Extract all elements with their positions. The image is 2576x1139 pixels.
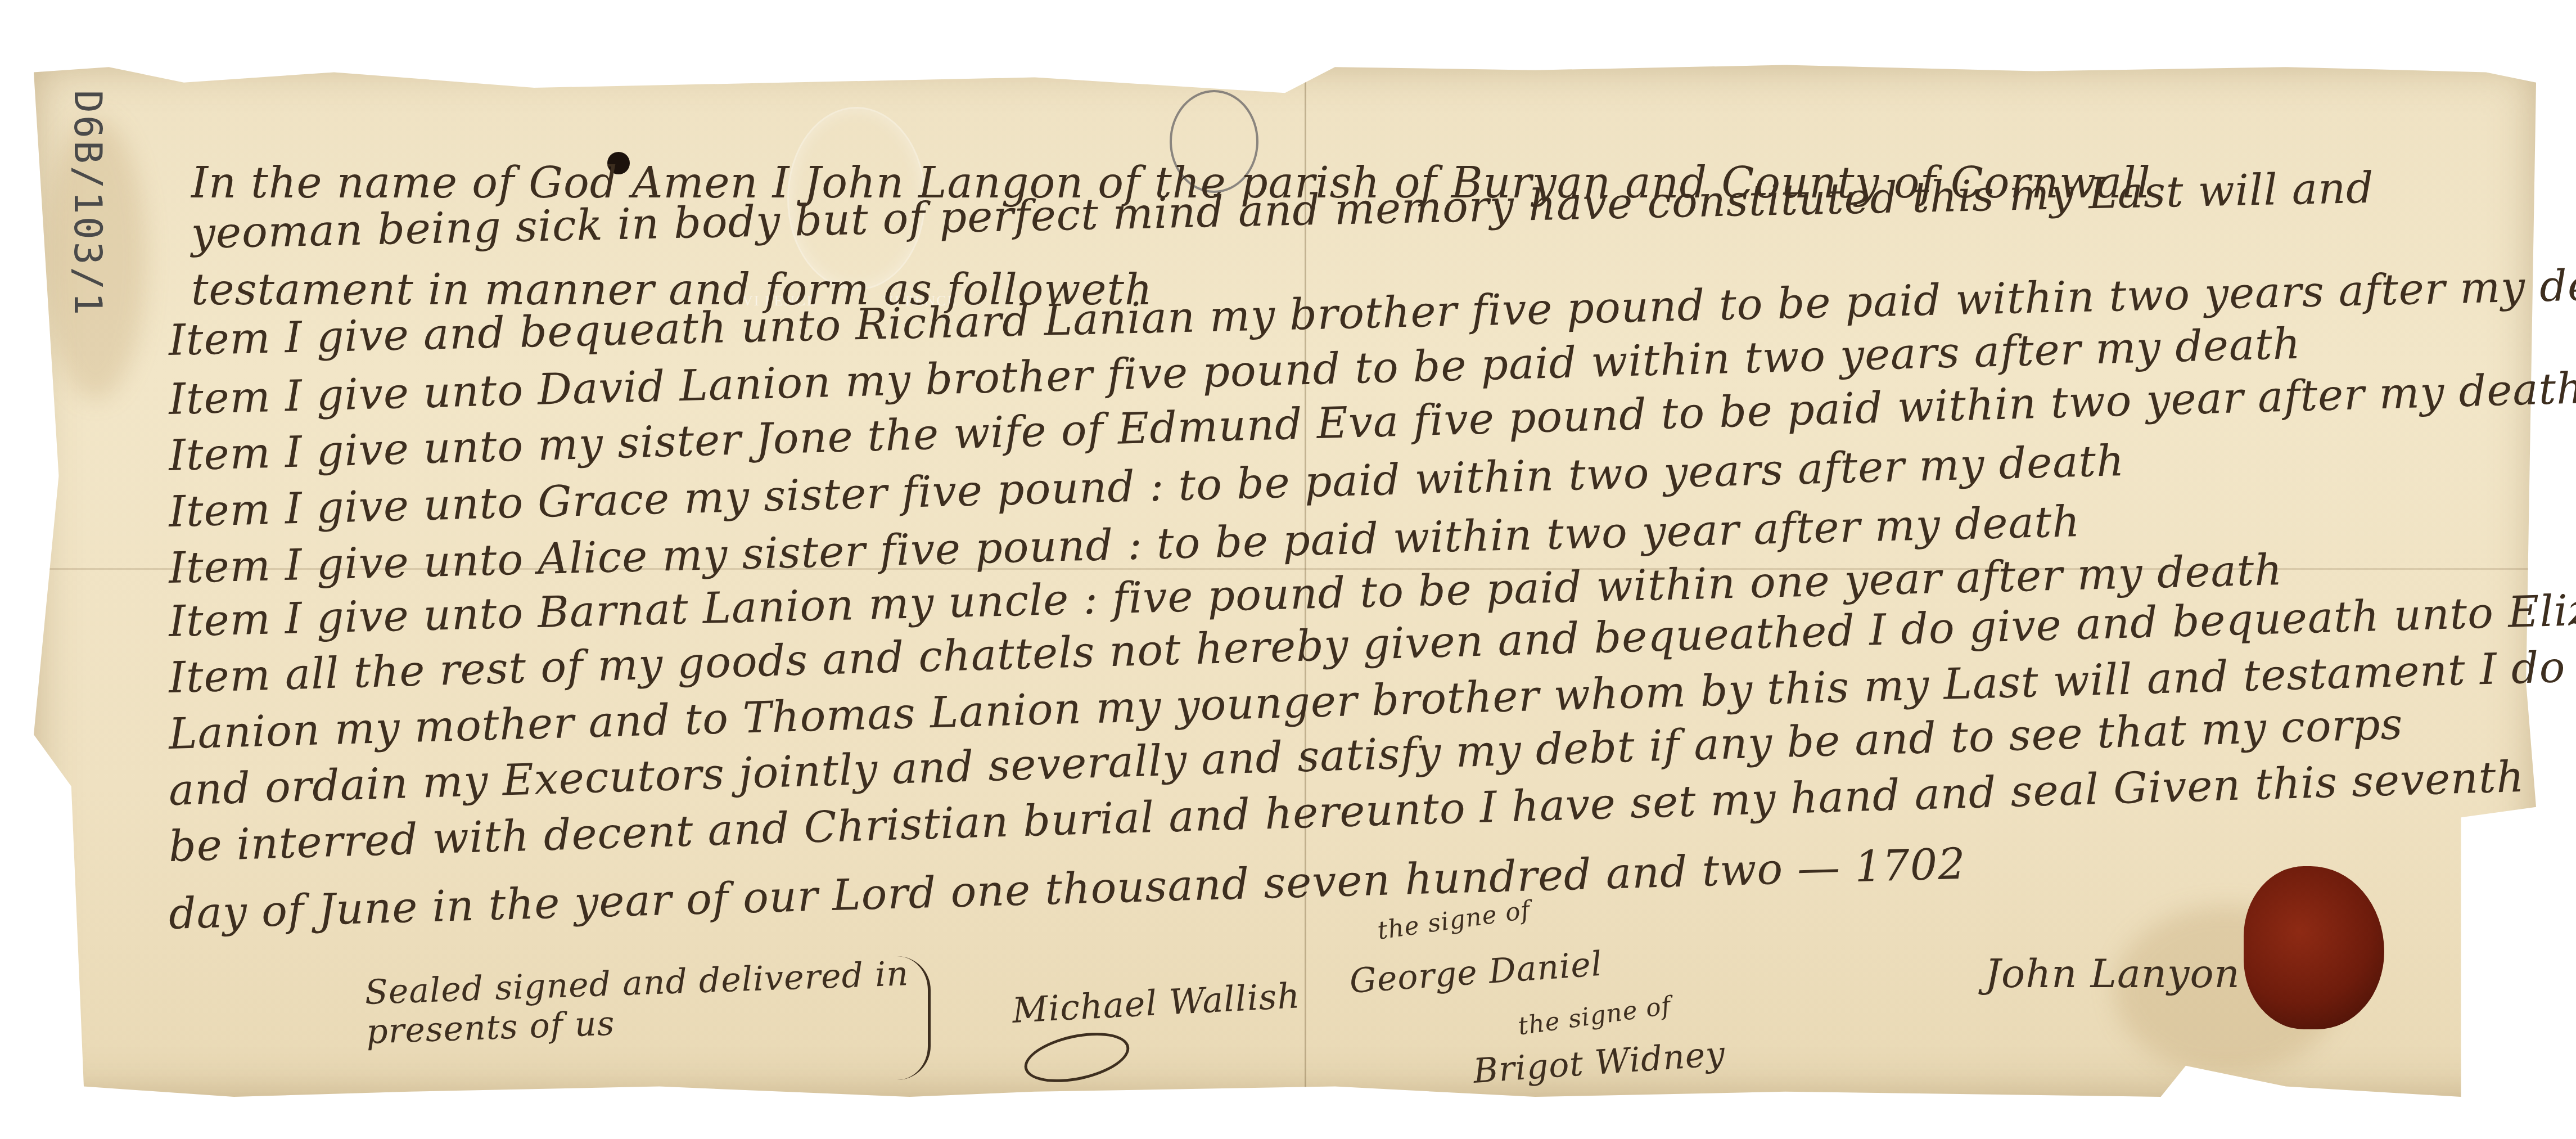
archive-shelfmark: D6B/103/1: [65, 90, 110, 317]
attestation-brace: [894, 956, 931, 1080]
testator-signature: John Lanyon: [1985, 951, 2240, 997]
